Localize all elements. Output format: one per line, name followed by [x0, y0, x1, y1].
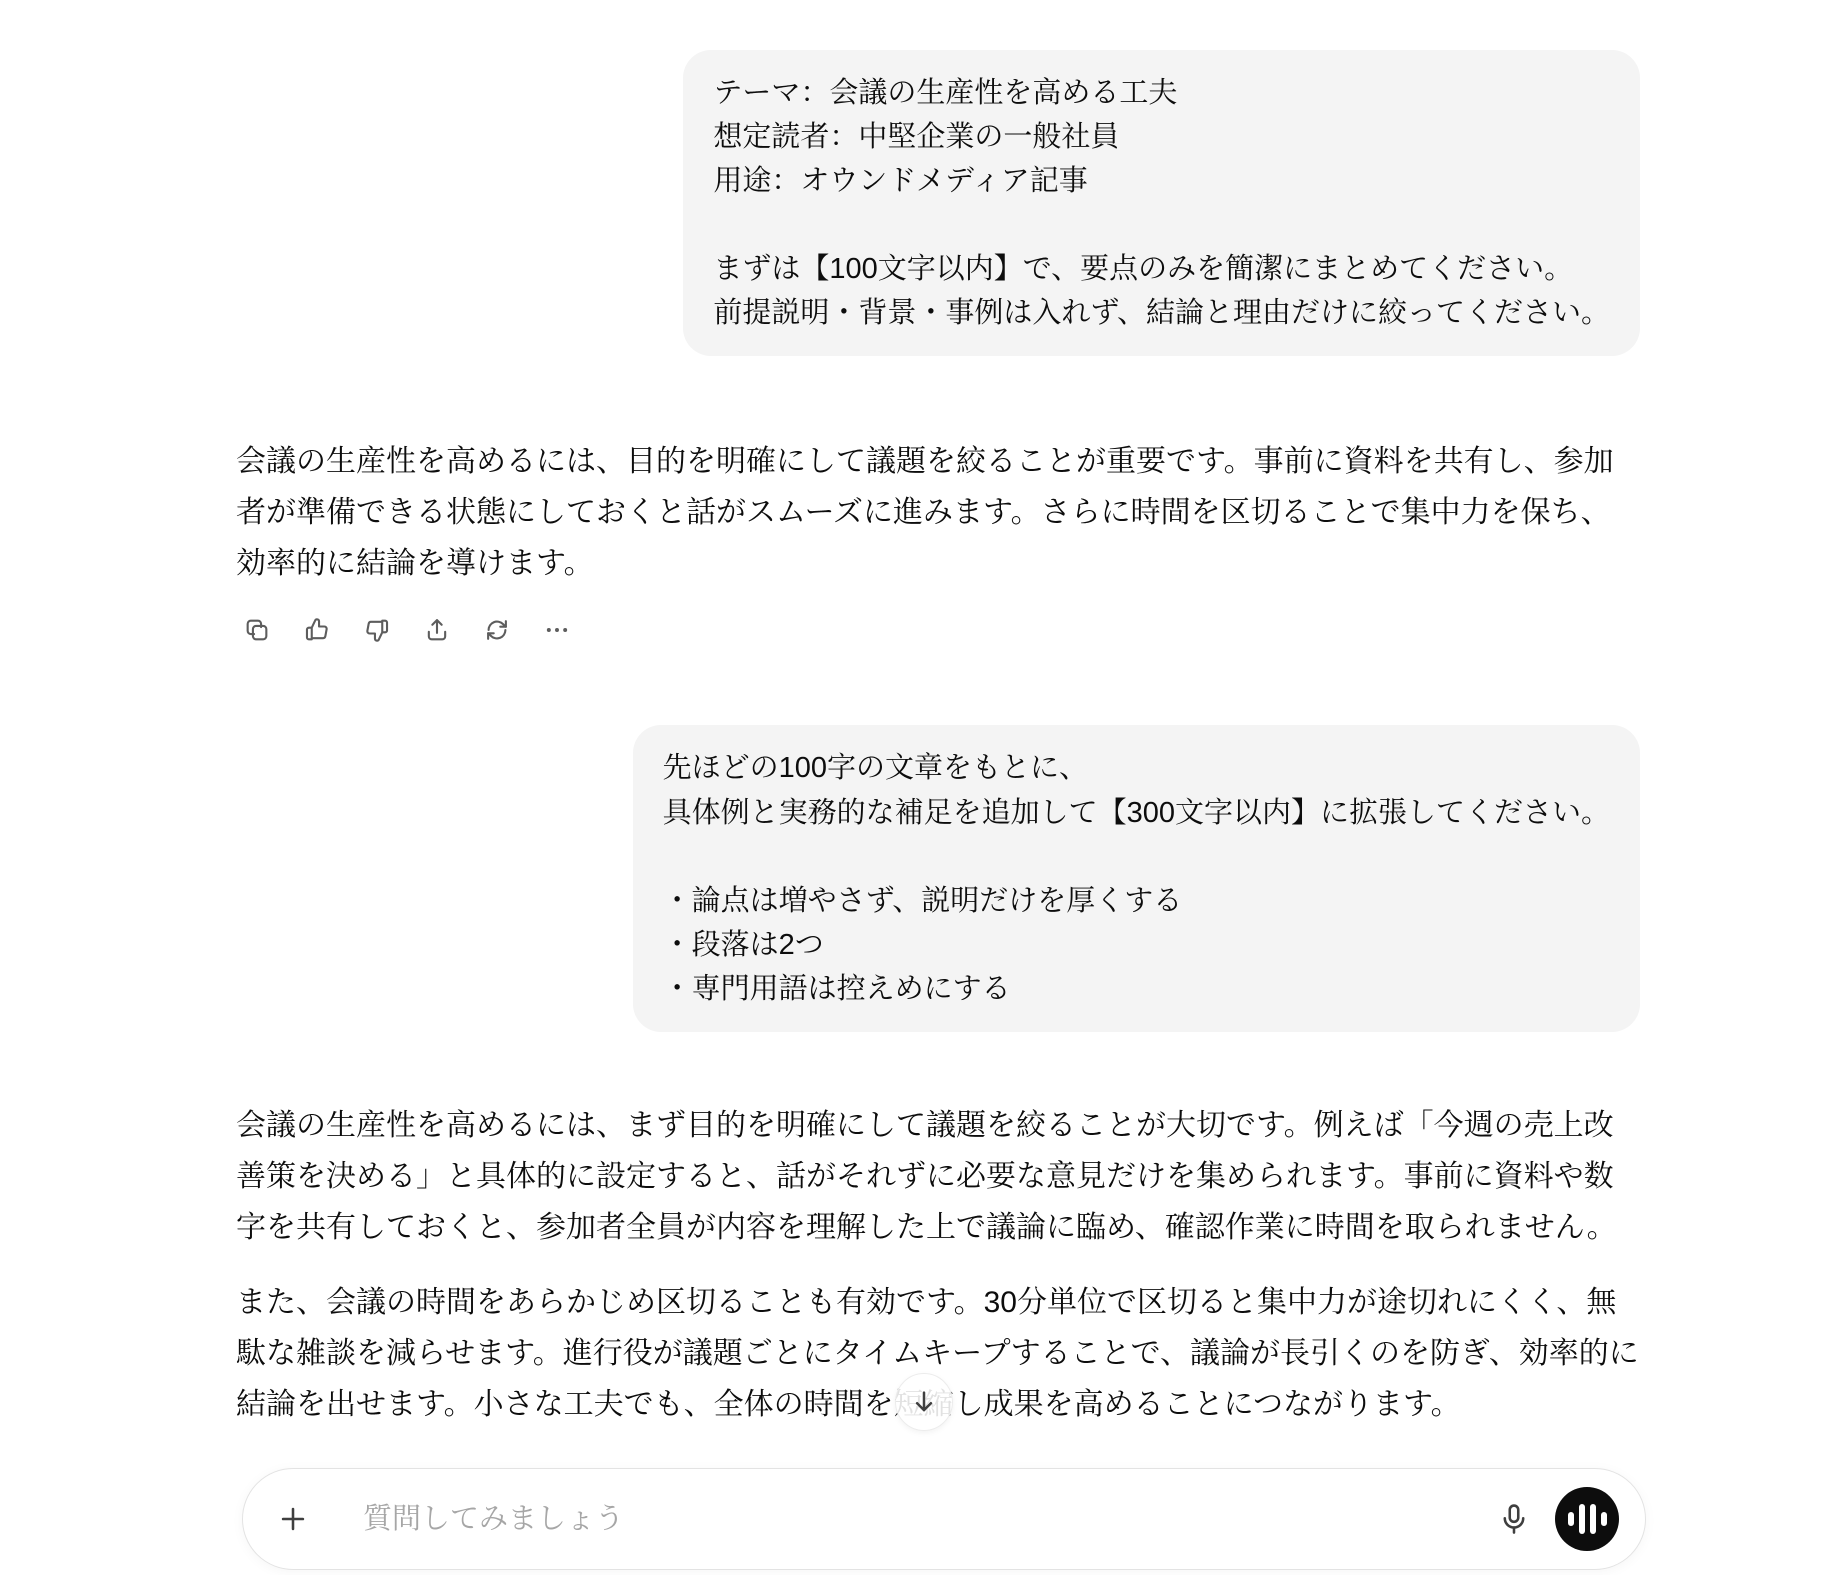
chat-input[interactable]	[361, 1502, 1495, 1537]
more-options-button[interactable]	[542, 615, 572, 645]
regenerate-icon	[483, 616, 511, 644]
attach-button[interactable]	[275, 1501, 311, 1537]
message-action-bar	[242, 615, 572, 645]
user-message-bubble-2: 先ほどの100字の文章をもとに、 具体例と実務的な補足を追加して【300文字以内…	[633, 725, 1640, 1031]
dictate-button[interactable]	[1495, 1499, 1533, 1539]
assistant-message-1-text: 会議の生産性を高めるには、目的を明確にして議題を絞ることが重要です。事前に資料を…	[236, 436, 1640, 589]
plus-icon	[276, 1502, 310, 1536]
copy-icon	[243, 616, 271, 644]
chat-screen: テーマ：会議の生産性を高める工夫 想定読者：中堅企業の一般社員 用途：オウンドメ…	[0, 0, 1825, 1575]
voice-waveform-icon	[1568, 1504, 1607, 1534]
copy-button[interactable]	[242, 615, 272, 645]
more-icon	[543, 616, 571, 644]
message-composer	[242, 1468, 1646, 1570]
thumbs-up-icon	[303, 616, 331, 644]
assistant-message-1: 会議の生産性を高めるには、目的を明確にして議題を絞ることが重要です。事前に資料を…	[236, 436, 1640, 589]
scroll-to-bottom-button[interactable]	[895, 1373, 953, 1431]
share-icon	[423, 616, 451, 644]
arrow-down-icon	[909, 1387, 939, 1417]
assistant-message-2-paragraph-1: 会議の生産性を高めるには、まず目的を明確にして議題を絞ることが大切です。例えば「…	[236, 1100, 1640, 1253]
conversation-thread: テーマ：会議の生産性を高める工夫 想定読者：中堅企業の一般社員 用途：オウンドメ…	[236, 0, 1640, 1430]
thumbs-down-button[interactable]	[362, 615, 392, 645]
user-message-bubble-1: テーマ：会議の生産性を高める工夫 想定読者：中堅企業の一般社員 用途：オウンドメ…	[683, 50, 1640, 356]
thumbs-up-button[interactable]	[302, 615, 332, 645]
regenerate-button[interactable]	[482, 615, 512, 645]
share-button[interactable]	[422, 615, 452, 645]
microphone-icon	[1497, 1501, 1531, 1537]
voice-mode-button[interactable]	[1555, 1487, 1619, 1551]
thumbs-down-icon	[363, 616, 391, 644]
